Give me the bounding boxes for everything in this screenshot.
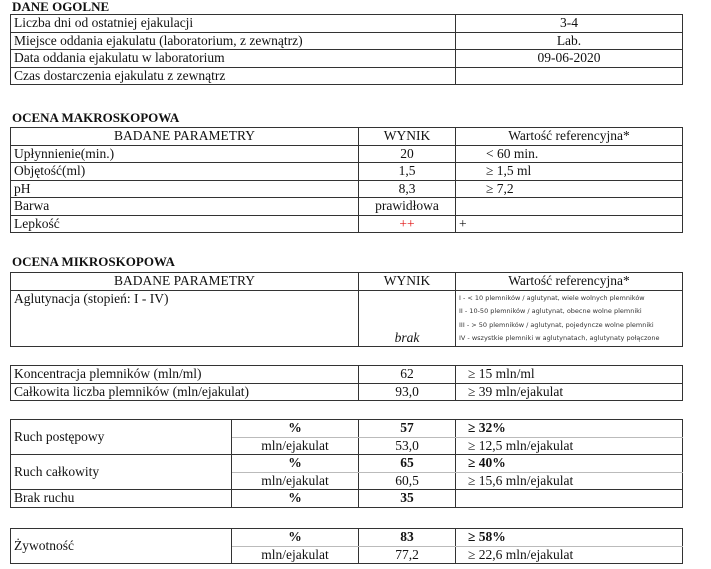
- row-value: 65: [359, 455, 456, 473]
- row-unit: %: [232, 455, 359, 473]
- motility-table: Ruch postępowy % 57 ≥ 32% mln/ejakulat 5…: [10, 419, 683, 508]
- section-title-mikro: OCENA MIKROSKOPOWA: [12, 254, 175, 270]
- row-ref: ≥ 22,6 mln/ejakulat: [456, 546, 683, 564]
- table-row: Ruch całkowity % 65 ≥ 40%: [11, 455, 683, 473]
- row-label: Objętość(ml): [11, 163, 359, 181]
- row-value: 35: [359, 490, 456, 508]
- header-result: WYNIK: [359, 273, 456, 291]
- header-result: WYNIK: [359, 128, 456, 146]
- row-label: Upłynnienie(min.): [11, 145, 359, 163]
- row-label: Żywotność: [11, 529, 232, 564]
- table-row: Barwa prawidłowa: [11, 198, 683, 216]
- row-value: 20: [359, 145, 456, 163]
- row-ref: ≥ 1,5 ml: [456, 163, 683, 181]
- row-label: Aglutynacja (stopień: I - IV): [11, 290, 359, 346]
- header-ref: Wartość referencyjna*: [456, 128, 683, 146]
- row-ref: ≥ 58%: [456, 529, 683, 547]
- row-value: 1,5: [359, 163, 456, 181]
- header-ref: Wartość referencyjna*: [456, 273, 683, 291]
- row-value: 53,0: [359, 437, 456, 455]
- row-label: Lepkość: [11, 215, 359, 233]
- legend-item: I - < 10 plemników / aglutynat, wiele wo…: [459, 292, 679, 306]
- row-ref: ≥ 15 mln/ml: [456, 366, 683, 384]
- row-ref: +: [456, 215, 683, 233]
- row-value: [456, 67, 683, 85]
- legend-item: II - 10-50 plemników / aglutynat, obecne…: [459, 305, 679, 319]
- row-value: 62: [359, 366, 456, 384]
- table-header-row: BADANE PARAMETRY WYNIK Wartość referency…: [11, 128, 683, 146]
- table-row: Objętość(ml) 1,5 ≥ 1,5 ml: [11, 163, 683, 181]
- row-value: 83: [359, 529, 456, 547]
- table-row: Lepkość ++ +: [11, 215, 683, 233]
- aglutination-legend: I - < 10 plemników / aglutynat, wiele wo…: [456, 290, 683, 346]
- row-ref: < 60 min.: [456, 145, 683, 163]
- row-unit: %: [232, 420, 359, 438]
- row-value: prawidłowa: [359, 198, 456, 216]
- header-param: BADANE PARAMETRY: [11, 273, 359, 291]
- macroscopic-table: BADANE PARAMETRY WYNIK Wartość referency…: [10, 127, 683, 233]
- vitality-table: Żywotność % 83 ≥ 58% mln/ejakulat 77,2 ≥…: [10, 528, 683, 564]
- row-unit: %: [232, 529, 359, 547]
- legend-item: IV - wszystkie plemniki w aglutynatach, …: [459, 332, 679, 346]
- row-ref: ≥ 39 mln/ejakulat: [456, 383, 683, 401]
- table-row: Liczba dni od ostatniej ejakulacji 3-4: [11, 15, 683, 33]
- header-param: BADANE PARAMETRY: [11, 128, 359, 146]
- row-unit: mln/ejakulat: [232, 546, 359, 564]
- table-row-aglutynacja: Aglutynacja (stopień: I - IV) brak I - <…: [11, 290, 683, 346]
- row-value: 77,2: [359, 546, 456, 564]
- row-ref: ≥ 15,6 mln/ejakulat: [456, 472, 683, 490]
- table-row: Data oddania ejakulatu w laboratorium 09…: [11, 50, 683, 68]
- microscopic-table: BADANE PARAMETRY WYNIK Wartość referency…: [10, 272, 683, 347]
- section-title-makro: OCENA MAKROSKOPOWA: [12, 110, 179, 126]
- row-ref: ≥ 7,2: [456, 180, 683, 198]
- general-data-table: Liczba dni od ostatniej ejakulacji 3-4 M…: [10, 14, 683, 85]
- row-ref: [456, 198, 683, 216]
- table-row: Upłynnienie(min.) 20 < 60 min.: [11, 145, 683, 163]
- table-row: Koncentracja plemników (mln/ml) 62 ≥ 15 …: [11, 366, 683, 384]
- row-label: Miejsce oddania ejakulatu (laboratorium,…: [11, 32, 456, 50]
- concentration-table: Koncentracja plemników (mln/ml) 62 ≥ 15 …: [10, 365, 683, 401]
- table-row: pH 8,3 ≥ 7,2: [11, 180, 683, 198]
- table-row: Całkowita liczba plemników (mln/ejakulat…: [11, 383, 683, 401]
- row-value: 57: [359, 420, 456, 438]
- table-header-row: BADANE PARAMETRY WYNIK Wartość referency…: [11, 273, 683, 291]
- table-row: Brak ruchu % 35: [11, 490, 683, 508]
- row-ref: ≥ 32%: [456, 420, 683, 438]
- table-row: Czas dostarczenia ejakulatu z zewnątrz: [11, 67, 683, 85]
- row-ref: ≥ 12,5 mln/ejakulat: [456, 437, 683, 455]
- row-unit: mln/ejakulat: [232, 437, 359, 455]
- row-value: 93,0: [359, 383, 456, 401]
- row-value: Lab.: [456, 32, 683, 50]
- legend-item: III - > 50 plemników / aglutynat, pojedy…: [459, 319, 679, 333]
- row-value: 60,5: [359, 472, 456, 490]
- row-label: Data oddania ejakulatu w laboratorium: [11, 50, 456, 68]
- row-label: pH: [11, 180, 359, 198]
- table-row: Miejsce oddania ejakulatu (laboratorium,…: [11, 32, 683, 50]
- table-row: Ruch postępowy % 57 ≥ 32%: [11, 420, 683, 438]
- row-value: ++: [359, 215, 456, 233]
- table-row: Żywotność % 83 ≥ 58%: [11, 529, 683, 547]
- row-label: Czas dostarczenia ejakulatu z zewnątrz: [11, 67, 456, 85]
- row-label: Ruch postępowy: [11, 420, 232, 455]
- row-label: Brak ruchu: [11, 490, 232, 508]
- row-unit: %: [232, 490, 359, 508]
- row-label: Liczba dni od ostatniej ejakulacji: [11, 15, 456, 33]
- row-label: Ruch całkowity: [11, 455, 232, 490]
- row-label: Koncentracja plemników (mln/ml): [11, 366, 359, 384]
- row-value: brak: [359, 290, 456, 346]
- section-title-dane-ogolne: DANE OGOLNE: [12, 0, 109, 15]
- row-label: Barwa: [11, 198, 359, 216]
- row-ref: ≥ 40%: [456, 455, 683, 473]
- row-ref: [456, 490, 683, 508]
- row-value: 3-4: [456, 15, 683, 33]
- row-value: 8,3: [359, 180, 456, 198]
- row-label: Całkowita liczba plemników (mln/ejakulat…: [11, 383, 359, 401]
- row-unit: mln/ejakulat: [232, 472, 359, 490]
- row-value: 09-06-2020: [456, 50, 683, 68]
